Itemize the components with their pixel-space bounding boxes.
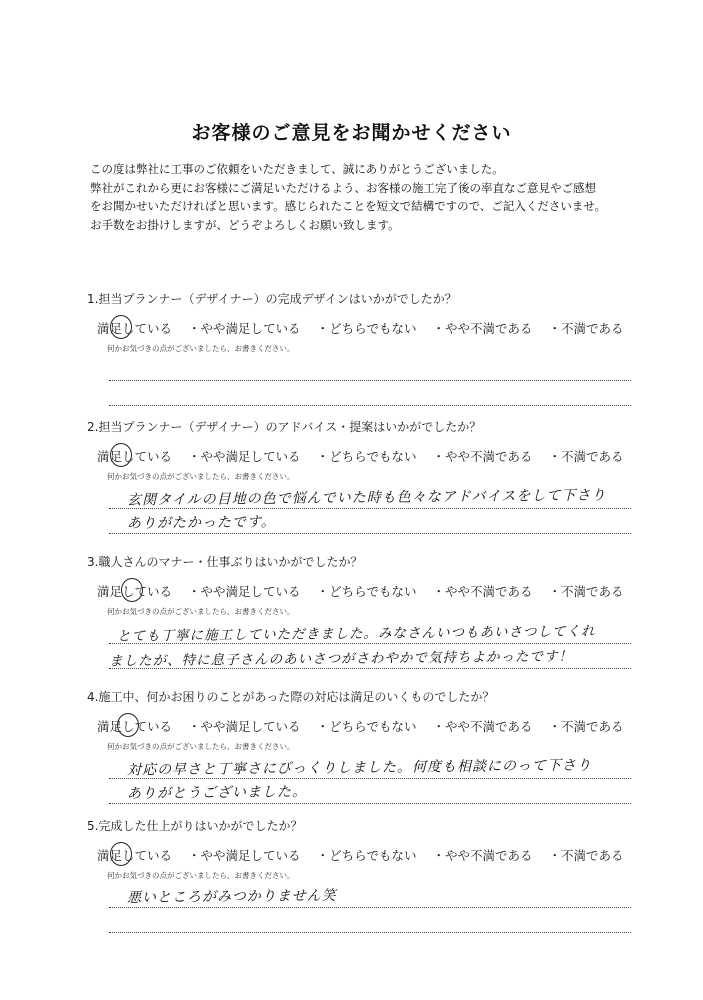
comment-hint: 何かお気づきの点がございましたら、お書きください。 [107, 471, 647, 482]
comment-area[interactable] [109, 356, 647, 406]
comment-area[interactable]: とても丁寧に施工していただきました。みなさんいつもあいさつしてくれ ましたが、特… [109, 619, 647, 669]
selected-circle-mark [110, 842, 132, 866]
intro-line: この度は弊社に工事のご依頼をいただきまして、誠にありがとうございました。 [90, 160, 690, 179]
comment-line[interactable]: とても丁寧に施工していただきました。みなさんいつもあいさつしてくれ [109, 619, 631, 644]
intro-line: お手数をお掛けしますが、どうぞよろしくお願い致します。 [90, 216, 690, 235]
question-title: 3.職人さんのマナー・仕事ぶりはいかがでしたか？ [87, 553, 647, 570]
handwritten-comment: ありがとうございました。 [127, 781, 307, 803]
question-title: 2.担当プランナー（デザイナー）のアドバイス・提案はいかがでしたか？ [87, 418, 647, 435]
option-dissatisfied[interactable]: 不満である [548, 717, 623, 735]
question-number: 4. [87, 690, 98, 704]
question-title: 1.担当プランナー（デザイナー）の完成デザインはいかがでしたか？ [87, 290, 647, 307]
option-neutral[interactable]: どちらでもない [317, 319, 417, 337]
comment-hint: 何かお気づきの点がございましたら、お書きください。 [107, 870, 647, 881]
handwritten-comment: とても丁寧に施工していただきました。みなさんいつもあいさつしてくれ [117, 619, 596, 644]
comment-line[interactable]: 悪いところがみつかりません笑 [109, 883, 631, 908]
question-text: 完成した仕上がりはいかがでしたか？ [98, 819, 302, 833]
handwritten-comment: ましたが、特に息子さんのあいさつがさわやかで気持ちよかったです！ [109, 645, 573, 670]
option-satisfied[interactable]: 満足している [97, 447, 172, 465]
option-neutral[interactable]: どちらでもない [317, 447, 417, 465]
survey-title: お客様のご意見をお聞かせください [0, 118, 703, 145]
option-somewhat-satisfied[interactable]: やや満足している [188, 319, 301, 337]
question-5: 5.完成した仕上がりはいかがでしたか？ 満足している やや満足している どちらで… [87, 817, 647, 933]
comment-hint: 何かお気づきの点がございましたら、お書きください。 [107, 343, 647, 354]
option-neutral[interactable]: どちらでもない [317, 582, 417, 600]
comment-line[interactable] [109, 908, 631, 933]
handwritten-comment: ありがたかったです。 [127, 511, 276, 533]
handwritten-comment: 玄関タイルの目地の色で悩んでいた時も色々なアドバイスをして下さり [127, 484, 606, 509]
option-satisfied[interactable]: 満足している [97, 319, 172, 337]
option-neutral[interactable]: どちらでもない [317, 846, 417, 864]
selected-circle-mark [117, 713, 139, 737]
question-title: 4.施工中、何かお困りのことがあった際の対応は満足のいくものでしたか？ [87, 688, 647, 705]
selected-circle-mark [110, 443, 132, 467]
comment-area[interactable]: 悪いところがみつかりません笑 [109, 883, 647, 933]
option-somewhat-satisfied[interactable]: やや満足している [188, 582, 301, 600]
rating-options: 満足している やや満足している どちらでもない やや不満である 不満である [97, 582, 647, 600]
comment-hint: 何かお気づきの点がございましたら、お書きください。 [107, 606, 647, 617]
question-number: 2. [87, 420, 98, 434]
selected-circle-mark [110, 315, 132, 339]
question-4: 4.施工中、何かお困りのことがあった際の対応は満足のいくものでしたか？ 満足して… [87, 688, 647, 804]
option-somewhat-dissatisfied[interactable]: やや不満である [432, 846, 532, 864]
rating-options: 満足している やや満足している どちらでもない やや不満である 不満である [97, 319, 647, 337]
option-somewhat-satisfied[interactable]: やや満足している [188, 447, 301, 465]
option-somewhat-dissatisfied[interactable]: やや不満である [432, 717, 532, 735]
rating-options: 満足している やや満足している どちらでもない やや不満である 不満である [97, 717, 647, 735]
option-somewhat-satisfied[interactable]: やや満足している [188, 846, 301, 864]
intro-line: 弊社がこれから更にお客様にご満足いただけるよう、お客様の施工完了後の率直なご意見… [90, 179, 690, 198]
option-dissatisfied[interactable]: 不満である [548, 582, 623, 600]
question-text: 職人さんのマナー・仕事ぶりはいかがでしたか？ [98, 555, 362, 569]
option-somewhat-dissatisfied[interactable]: やや不満である [432, 447, 532, 465]
option-dissatisfied[interactable]: 不満である [548, 846, 623, 864]
question-3: 3.職人さんのマナー・仕事ぶりはいかがでしたか？ 満足している やや満足している… [87, 553, 647, 669]
question-text: 施工中、何かお困りのことがあった際の対応は満足のいくものでしたか？ [98, 690, 494, 704]
question-title: 5.完成した仕上がりはいかがでしたか？ [87, 817, 647, 834]
question-number: 3. [87, 555, 98, 569]
option-satisfied[interactable]: 満足している [97, 582, 172, 600]
option-somewhat-dissatisfied[interactable]: やや不満である [432, 582, 532, 600]
question-2: 2.担当プランナー（デザイナー）のアドバイス・提案はいかがでしたか？ 満足してい… [87, 418, 647, 534]
comment-line[interactable] [109, 356, 631, 381]
intro-line: をお聞かせいただければと思います。感じられたことを短文で結構ですので、ご記入くだ… [90, 197, 690, 216]
question-text: 担当プランナー（デザイナー）のアドバイス・提案はいかがでしたか？ [98, 420, 481, 434]
rating-options: 満足している やや満足している どちらでもない やや不満である 不満である [97, 846, 647, 864]
comment-line[interactable]: 対応の早さと丁寧さにびっくりしました。何度も相談にのって下さり [109, 754, 631, 779]
comment-hint: 何かお気づきの点がございましたら、お書きください。 [107, 741, 647, 752]
question-1: 1.担当プランナー（デザイナー）の完成デザインはいかがでしたか？ 満足している … [87, 290, 647, 406]
comment-line[interactable] [109, 381, 631, 406]
comment-area[interactable]: 対応の早さと丁寧さにびっくりしました。何度も相談にのって下さり ありがとうござい… [109, 754, 647, 804]
handwritten-comment: 悪いところがみつかりません笑 [127, 885, 337, 907]
rating-options: 満足している やや満足している どちらでもない やや不満である 不満である [97, 447, 647, 465]
question-number: 5. [87, 819, 98, 833]
comment-line[interactable]: ましたが、特に息子さんのあいさつがさわやかで気持ちよかったです！ [109, 644, 631, 669]
option-neutral[interactable]: どちらでもない [317, 717, 417, 735]
comment-line[interactable]: ありがとうございました。 [109, 779, 631, 804]
intro-text: この度は弊社に工事のご依頼をいただきまして、誠にありがとうございました。 弊社が… [90, 160, 690, 234]
option-somewhat-satisfied[interactable]: やや満足している [188, 717, 301, 735]
option-satisfied[interactable]: 満足している [97, 846, 172, 864]
option-dissatisfied[interactable]: 不満である [548, 319, 623, 337]
option-somewhat-dissatisfied[interactable]: やや不満である [432, 319, 532, 337]
question-text: 担当プランナー（デザイナー）の完成デザインはいかがでしたか？ [98, 292, 456, 306]
selected-circle-mark [121, 578, 143, 602]
question-number: 1. [87, 292, 98, 306]
option-satisfied[interactable]: 満足している [97, 717, 172, 735]
comment-area[interactable]: 玄関タイルの目地の色で悩んでいた時も色々なアドバイスをして下さり ありがたかった… [109, 484, 647, 534]
handwritten-comment: 対応の早さと丁寧さにびっくりしました。何度も相談にのって下さり [127, 755, 592, 780]
comment-line[interactable]: 玄関タイルの目地の色で悩んでいた時も色々なアドバイスをして下さり [109, 484, 631, 509]
comment-line[interactable]: ありがたかったです。 [109, 509, 631, 534]
option-dissatisfied[interactable]: 不満である [548, 447, 623, 465]
